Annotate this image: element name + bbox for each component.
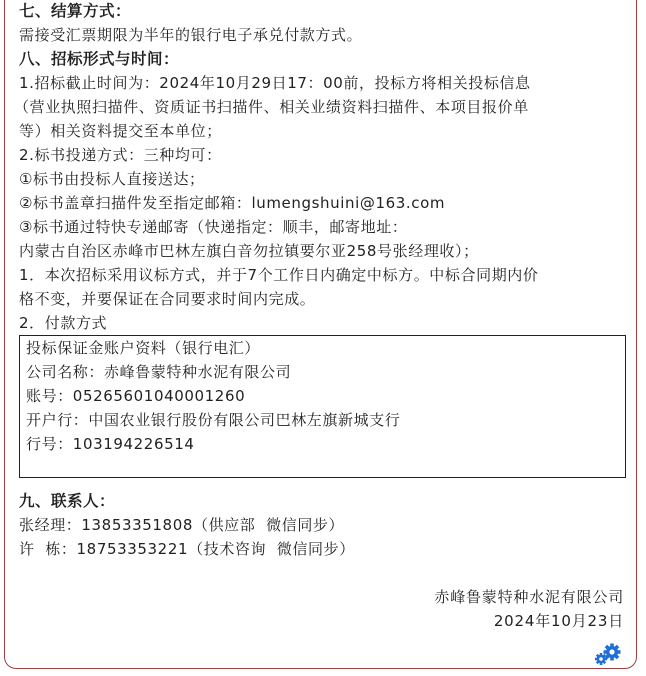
account-company: 公司名称：赤峰鲁蒙特种水泥有限公司 (26, 362, 291, 382)
address-line: 内蒙古自治区赤峰市巴林左旗白音勿拉镇要尔亚258号张经理收）； (19, 241, 479, 261)
section-8-line: 2.标书投递方式：三种均可： (19, 145, 222, 165)
section-8-line: ①标书由投标人直接送达； (19, 169, 205, 189)
account-bank-code: 行号：103194226514 (26, 434, 195, 454)
account-bank: 开户行：中国农业银行股份有限公司巴林左旗新城支行 (26, 410, 400, 430)
gears-icon[interactable] (593, 643, 623, 667)
account-box-title: 投标保证金账户资料（银行电汇） (26, 338, 260, 358)
section-7-heading: 七、结算方式： (19, 1, 131, 21)
section-8-line: 格不变，并要保证在合同要求时间内完成。 (19, 289, 315, 309)
signature-company: 赤峰鲁蒙特种水泥有限公司 (434, 587, 624, 607)
section-8-line: （营业执照扫描件、资质证书扫描件、相关业绩资料扫描件、本项目报价单 (14, 97, 529, 117)
section-7-body: 需接受汇票期限为半年的银行电子承兑付款方式。 (19, 25, 362, 45)
signature-date: 2024年10月23日 (494, 611, 624, 631)
contact-line: 许 栋：18753353221（技术咨询 微信同步） (19, 539, 355, 559)
email-line: ②标书盖章扫描件发至指定邮箱：lumengshuini@163.com (19, 193, 445, 213)
account-number: 账号：05265601040001260 (26, 386, 245, 406)
section-9-heading: 九、联系人： (19, 491, 115, 511)
section-8-heading: 八、招标形式与时间： (19, 49, 179, 69)
payment-method-label: 2．付款方式 (19, 313, 107, 333)
section-8-line: 1.招标截止时间为：2024年10月29日17：00前，投标方将相关投标信息 (19, 73, 531, 93)
contact-line: 张经理：13853351808（供应部 微信同步） (19, 515, 344, 535)
section-8-line: ③标书通过特快专递邮寄（快递指定：顺丰，邮寄地址： (19, 217, 407, 237)
section-8-line: 1．本次招标采用议标方式，并于7个工作日内确定中标方。中标合同期内价 (19, 265, 539, 285)
account-info-box: 投标保证金账户资料（银行电汇） 公司名称：赤峰鲁蒙特种水泥有限公司 账号：052… (19, 335, 626, 478)
section-8-line: 等）相关资料提交至本单位； (19, 121, 222, 141)
